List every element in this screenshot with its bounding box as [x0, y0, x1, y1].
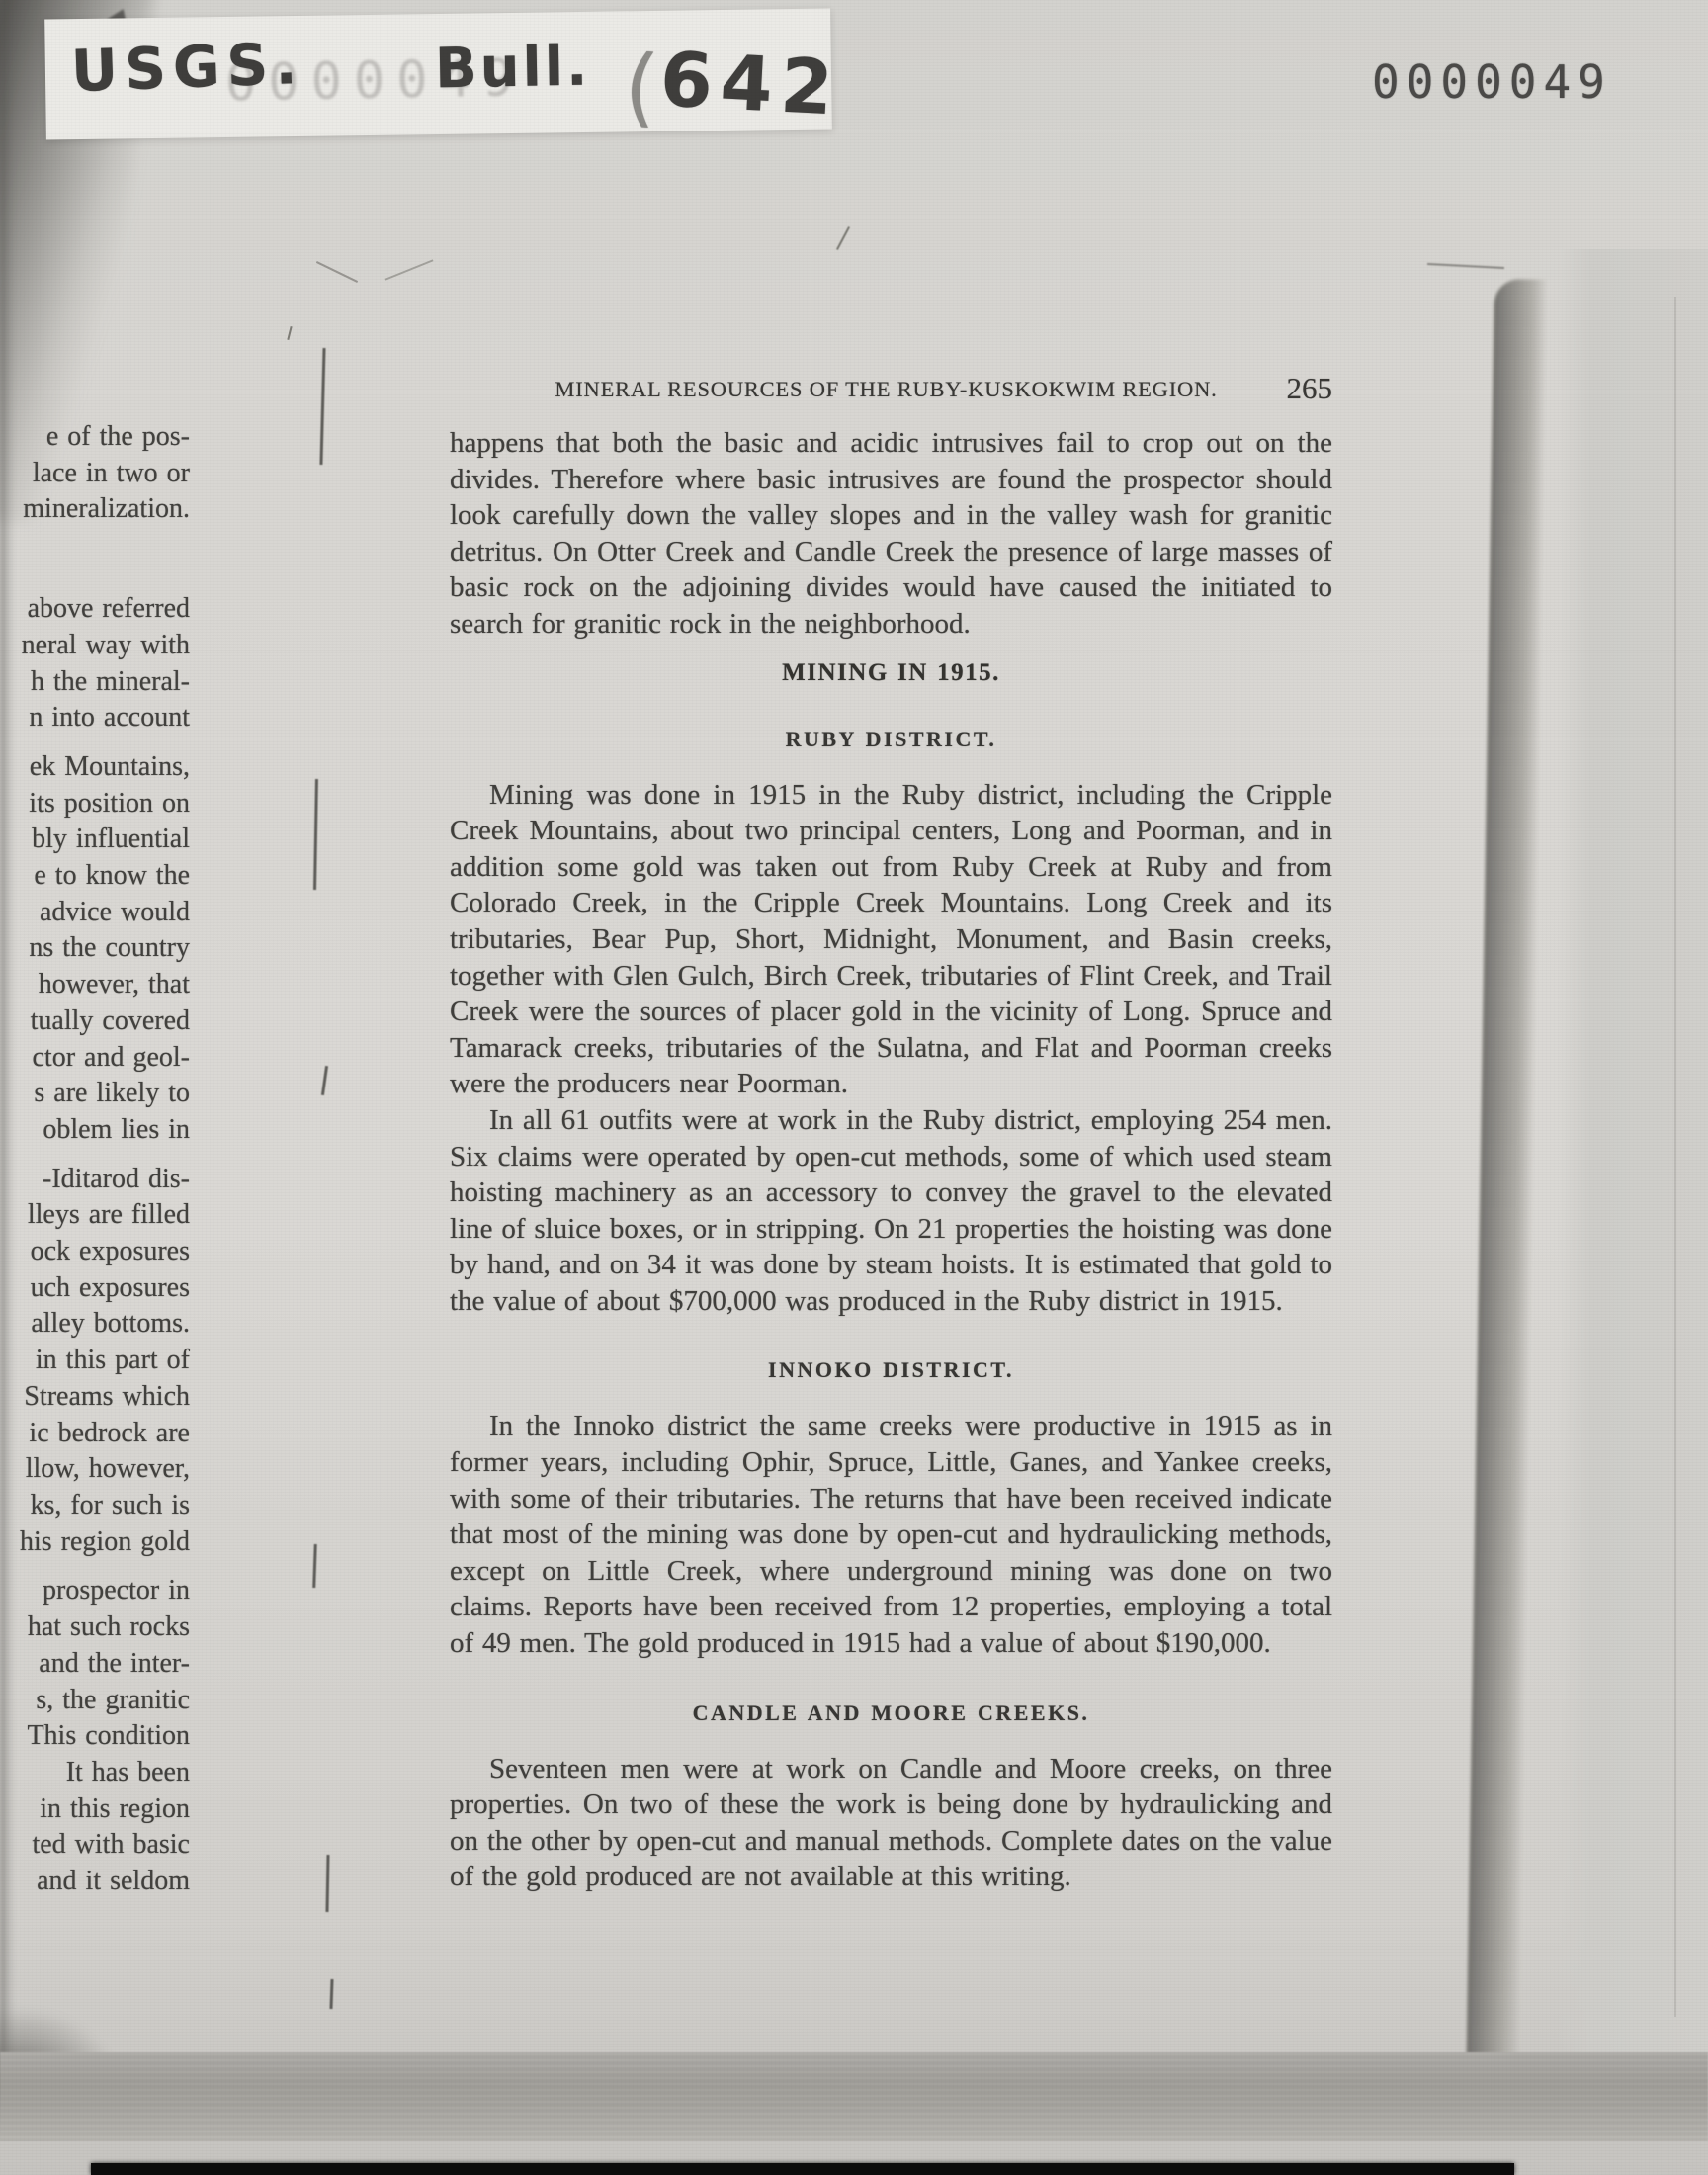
cutoff-text-line: ctor and geol- [0, 1040, 190, 1077]
stray-diagonal-mark [316, 261, 358, 283]
cutoff-text-line: ks, for such is [0, 1488, 190, 1524]
left-column-group: prospector inhat such rocksand the inter… [0, 1573, 190, 1899]
cutoff-text-line: This condition [0, 1718, 190, 1755]
cutoff-text-line: advice would [0, 895, 190, 931]
body-paragraph: In all 61 outfits were at work in the Ru… [450, 1102, 1332, 1320]
cutoff-text-line: llow, however, [0, 1451, 190, 1488]
section-subheading: RUBY DISTRICT. [450, 726, 1332, 753]
cutoff-text-line: and the inter- [0, 1646, 190, 1683]
cutoff-text-line: uch exposures [0, 1270, 190, 1307]
body-paragraph: Seventeen men were at work on Candle and… [450, 1751, 1332, 1895]
cutoff-text-line: e to know the [0, 858, 190, 895]
stray-diagonal-mark [385, 259, 434, 280]
running-header: MINERAL RESOURCES OF THE RUBY-KUSKOKWIM … [450, 377, 1332, 412]
left-column-group: above referredneral way withh the minera… [0, 591, 190, 737]
handwritten-series: Bull. [434, 35, 590, 102]
cutoff-text-line: It has been [0, 1755, 190, 1791]
cutoff-text-line: lace in two or [0, 456, 190, 492]
cutoff-text-line: however, that [0, 967, 190, 1003]
cutoff-text-line: ns the country [0, 930, 190, 967]
cutoff-text-line: -Iditarod dis- [0, 1162, 190, 1198]
bottom-page-edge-shadow [0, 2052, 1708, 2141]
cutoff-text-line: ted with basic [0, 1827, 190, 1864]
cutoff-text-line: h the mineral- [0, 664, 190, 701]
cutoff-text-line: prospector in [0, 1573, 190, 1609]
cutoff-text-line: above referred [0, 591, 190, 628]
cutoff-text-line: in this part of [0, 1343, 190, 1379]
cutoff-text-line: e of the pos- [0, 419, 190, 456]
page-curl-shadow [1467, 279, 1548, 2061]
binding-mark [319, 348, 325, 465]
page-edge-line [1427, 263, 1504, 269]
cutoff-text-line: his region gold [0, 1524, 190, 1561]
left-column-group: ek Mountains,its position onbly influent… [0, 749, 190, 1149]
running-header-title: MINERAL RESOURCES OF THE RUBY-KUSKOKWIM … [509, 377, 1263, 402]
binding-mark [312, 1544, 317, 1588]
left-column-group: e of the pos-lace in two ormineralizatio… [0, 419, 190, 528]
binding-mark [321, 1066, 328, 1095]
serial-number-stamp: 0000049 [1372, 55, 1612, 109]
handwritten-agency: USGS. [70, 30, 305, 105]
right-edge-line [1674, 297, 1676, 2017]
cutoff-text-line: ic bedrock are [0, 1416, 190, 1452]
left-column: e of the pos-lace in two ormineralizatio… [0, 419, 190, 1900]
cutoff-text-line: n into account [0, 700, 190, 737]
handwritten-paren-stroke: ( [622, 37, 661, 137]
cutoff-text-line: bly influential [0, 822, 190, 858]
cutoff-text-line: mineralization. [0, 491, 190, 528]
body-paragraph: Mining was done in 1915 in the Ruby dist… [450, 777, 1332, 1102]
bottom-black-bar [91, 2163, 1514, 2175]
cutoff-text-line: in this region [0, 1791, 190, 1828]
cutoff-text-line: s are likely to [0, 1076, 190, 1112]
cutoff-text-line: and it seldom [0, 1864, 190, 1900]
cutoff-text-line: its position on [0, 786, 190, 823]
right-outer-margin [1558, 249, 1708, 2078]
cutoff-text-line: oblem lies in [0, 1112, 190, 1149]
cutoff-text-line: s, the granitic [0, 1683, 190, 1719]
binding-mark [325, 1855, 329, 1912]
cutoff-text-line: tually covered [0, 1003, 190, 1040]
section-subheading: INNOKO DISTRICT. [450, 1356, 1332, 1384]
body-paragraph: happens that both the basic and acidic i… [450, 425, 1332, 643]
page-number: 265 [1287, 371, 1333, 406]
cutoff-text-line: neral way with [0, 628, 190, 664]
binding-mark [313, 779, 318, 890]
scanned-document-page: 0000049 USGS. Bull. ( 642 0000049 MINERA… [0, 0, 1708, 2175]
cutoff-text-line: ek Mountains, [0, 749, 190, 786]
handwritten-number: 642 [658, 35, 843, 131]
cutoff-text-line: lleys are filled [0, 1197, 190, 1234]
cutoff-text-line: hat such rocks [0, 1609, 190, 1646]
binding-mark [329, 1979, 333, 2009]
main-column-blocks: happens that both the basic and acidic i… [450, 425, 1332, 1895]
stray-tick-mark [287, 326, 292, 340]
stray-slash-mark [836, 226, 850, 250]
section-heading: MINING IN 1915. [450, 658, 1332, 688]
cutoff-text-line: alley bottoms. [0, 1306, 190, 1343]
bottom-scanner-margin [0, 2141, 1708, 2163]
section-subheading: CANDLE AND MOORE CREEKS. [450, 1699, 1332, 1727]
body-paragraph: In the Innoko district the same creeks w… [450, 1408, 1332, 1661]
cutoff-text-line: Streams which [0, 1379, 190, 1416]
left-column-group: -Iditarod dis-lleys are filledock exposu… [0, 1162, 190, 1561]
cutoff-text-line: ock exposures [0, 1234, 190, 1270]
